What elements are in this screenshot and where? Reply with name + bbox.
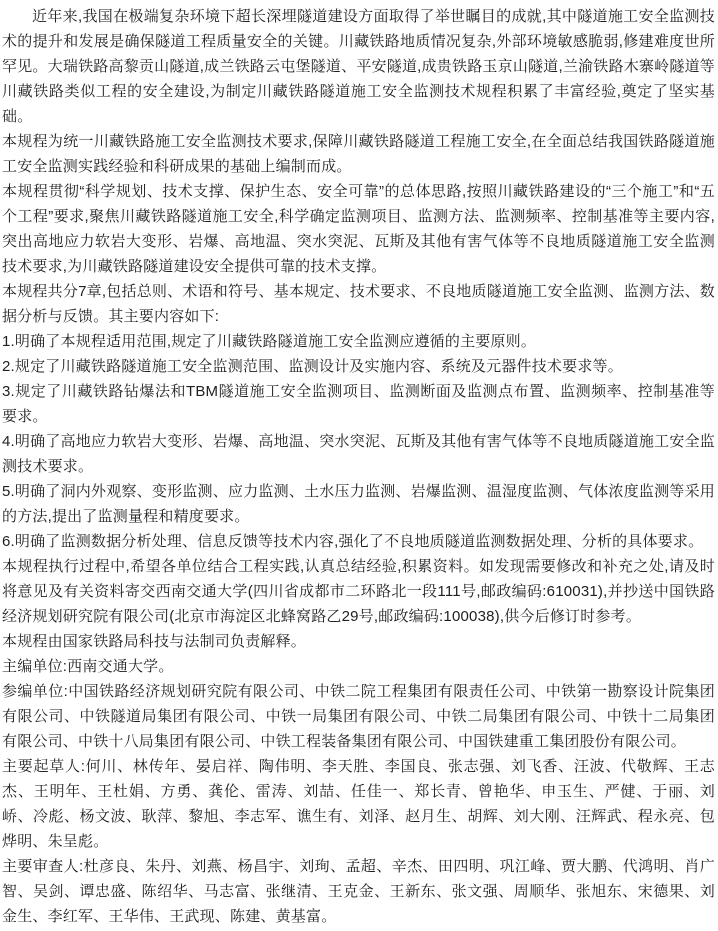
paragraph-chapters-overview: 本规程共分7章,包括总则、术语和符号、基本规定、技术要求、不良地质隧道施工安全监… xyxy=(2,279,715,329)
list-item-4-adverse-geology: 4.明确了高地应力软岩大变形、岩爆、高地温、突水突泥、瓦斯及其他有害气体等不良地… xyxy=(2,429,715,479)
line-main-drafters: 主要起草人:何川、林传年、晏启祥、陶伟明、李天胜、李国良、张志强、刘飞香、汪波、… xyxy=(2,754,715,854)
line-chief-editor-unit: 主编单位:西南交通大学。 xyxy=(2,654,715,679)
paragraph-feedback-address: 本规程执行过程中,希望各单位结合工程实践,认真总结经验,积累资料。如发现需要修改… xyxy=(2,554,715,629)
list-item-2-monitoring-range: 2.规定了川藏铁路隧道施工安全监测范围、监测设计及实施内容、系统及元器件技术要求… xyxy=(2,354,715,379)
paragraph-interpretation-authority: 本规程由国家铁路局科技与法制司负责解释。 xyxy=(2,629,715,654)
list-item-6-data-analysis: 6.明确了监测数据分析处理、信息反馈等技术内容,强化了不良地质隧道监测数据处理、… xyxy=(2,529,715,554)
document-page: 近年来,我国在极端复杂环境下超长深埋隧道建设方面取得了举世瞩目的成就,其中隧道施… xyxy=(0,0,718,931)
paragraph-purpose: 本规程为统一川藏铁路施工安全监测技术要求,保障川藏铁路隧道工程施工安全,在全面总… xyxy=(2,129,715,179)
list-item-1-scope: 1.明确了本规程适用范围,规定了川藏铁路隧道施工安全监测应遵循的主要原则。 xyxy=(2,329,715,354)
list-item-5-monitoring-methods: 5.明确了洞内外观察、变形监测、应力监测、土水压力监测、岩爆监测、温湿度监测、气… xyxy=(2,479,715,529)
list-item-3-drill-blast-tbm: 3.规定了川藏铁路钻爆法和TBM隧道施工安全监测项目、监测断面及监测点布置、监测… xyxy=(2,379,715,429)
line-main-reviewers: 主要审查人:杜彦良、朱丹、刘燕、杨昌宇、刘珣、孟超、辛杰、田四明、巩江峰、贾大鹏… xyxy=(2,854,715,929)
paragraph-intro: 近年来,我国在极端复杂环境下超长深埋隧道建设方面取得了举世瞩目的成就,其中隧道施… xyxy=(2,4,715,129)
paragraph-principles: 本规程贯彻“科学规划、技术支撑、保护生态、安全可靠”的总体思路,按照川藏铁路建设… xyxy=(2,179,715,279)
line-participating-units: 参编单位:中国铁路经济规划研究院有限公司、中铁二院工程集团有限责任公司、中铁第一… xyxy=(2,679,715,754)
